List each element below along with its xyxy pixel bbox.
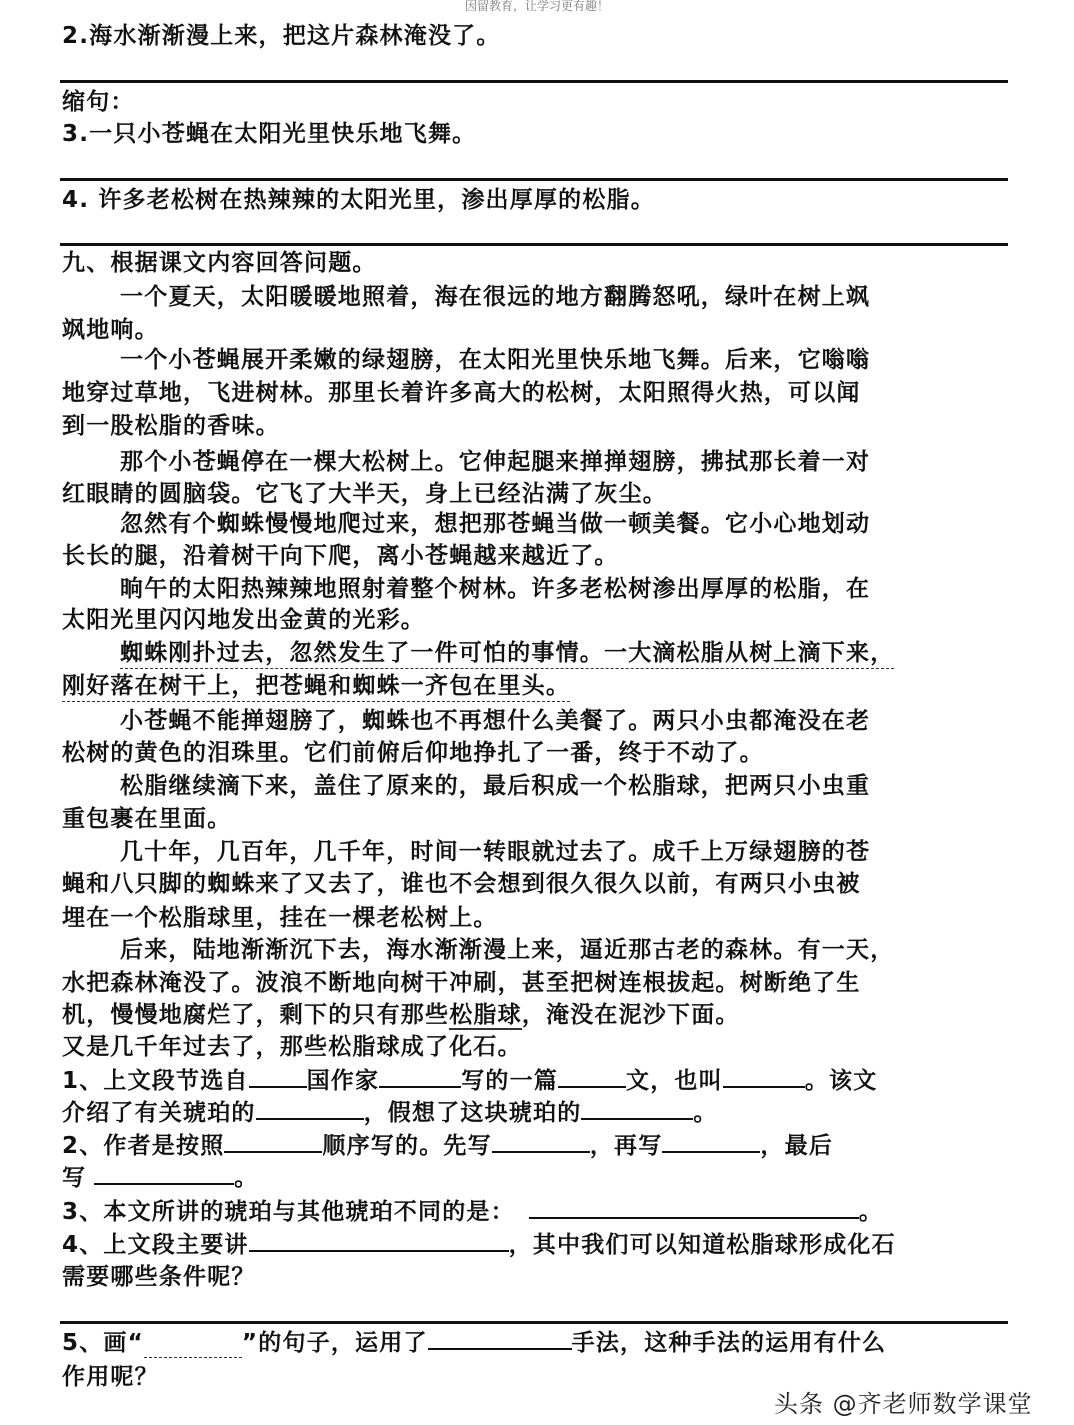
question-2: 2、作者是按照顺序写的。先写，再写，最后: [62, 1129, 833, 1162]
question-1-cont: 介绍了有关琥珀的，假想了这块琥珀的。: [62, 1096, 718, 1129]
answer-blank[interactable]: [249, 1228, 509, 1252]
passage-line: 小苍蝇不能掸翅膀了，蜘蛛也不再想什么美餐了。两只小虫都淹没在老: [120, 705, 870, 737]
passage-line: 埋在一个松脂球里，挂在一棵老松树上。: [62, 902, 498, 934]
passage-line: 又是几千年过去了，那些松脂球成了化石。: [62, 1031, 522, 1063]
answer-blank[interactable]: [529, 1195, 859, 1219]
answer-line: [60, 243, 1008, 246]
passage-line: 红眼睛的圆脑袋。它飞了大半天，身上已经沾满了灰尘。: [62, 478, 667, 510]
exercise-q4: 4. 许多老松树在热辣辣的太阳光里，渗出厚厚的松脂。: [62, 184, 655, 216]
passage-line: 一个夏天，太阳暖暖地照着，海在很远的地方翻腾怒吼，绿叶在树上飒: [120, 281, 870, 313]
answer-blank[interactable]: [94, 1161, 234, 1185]
passage-line: 那个小苍蝇停在一棵大松树上。它伸起腿来掸掸翅膀，拂拭那长着一对: [120, 446, 870, 478]
answer-blank[interactable]: [428, 1326, 572, 1350]
question-2-cont: 写。: [62, 1161, 258, 1194]
passage-line: 太阳光里闪闪地发出金黄的光彩。: [62, 604, 425, 636]
passage-line: 后来，陆地渐渐沉下去，海水渐渐漫上来，逼近那古老的森林。有一天，: [120, 934, 894, 966]
passage-line: 松脂继续滴下来，盖住了原来的，最后积成一个松脂球，把两只小虫重: [120, 770, 870, 802]
answer-blank[interactable]: [256, 1096, 364, 1120]
question-1: 1、上文段节选自国作家写的一篇文，也叫。该文: [62, 1064, 877, 1097]
answer-blank[interactable]: [662, 1129, 760, 1153]
dashed-sample: [144, 1335, 242, 1358]
section-label-condense: 缩句：: [62, 86, 135, 118]
passage-line: 到一股松脂的香味。: [62, 410, 280, 442]
underlined-term: 松脂球: [449, 1002, 522, 1030]
exercise-q2: 2.海水渐渐漫上来，把这片森林淹没了。: [62, 20, 501, 52]
passage-line: 晌午的太阳热辣辣地照射着整个树林。许多老松树渗出厚厚的松脂，在: [120, 573, 870, 605]
answer-blank[interactable]: [379, 1064, 461, 1088]
question-4-cont: 需要哪些条件呢？: [62, 1261, 256, 1293]
passage-line: 机，慢慢地腐烂了，剩下的只有那些松脂球，淹没在泥沙下面。: [62, 999, 740, 1031]
section9-title: 九、根据课文内容回答问题。: [62, 247, 377, 279]
passage-line-dashed-underlined: 蜘蛛刚扑过去，忽然发生了一件可怕的事情。一大滴松脂从树上滴下来，: [120, 638, 894, 669]
passage-line-dashed-underlined: 刚好落在树干上，把苍蝇和蜘蛛一齐包在里头。: [62, 671, 570, 702]
question-5-cont: 作用呢？: [62, 1361, 159, 1393]
exercise-q3: 3.一只小苍蝇在太阳光里快乐地飞舞。: [62, 118, 476, 150]
passage-line: 忽然有个蜘蛛慢慢地爬过来，想把那苍蝇当做一顿美餐。它小心地划动: [120, 508, 870, 540]
answer-blank[interactable]: [723, 1064, 805, 1088]
answer-line: [60, 1321, 1008, 1324]
passage-line: 蝇和八只脚的蜘蛛来了又去了，谁也不会想到很久很久以前，有两只小虫被: [62, 868, 861, 900]
passage-line: 长长的腿，沿着树干向下爬，离小苍蝇越来越近了。: [62, 540, 619, 572]
passage-line: 地穿过草地，飞进树林。那里长着许多高大的松树，太阳照得火热，可以闻: [62, 377, 861, 409]
watermark: 头条 @齐老师数学课堂: [774, 1384, 1033, 1419]
passage-text: ，淹没在泥沙下面。: [522, 1002, 740, 1028]
passage-line: 飒地响。: [62, 314, 159, 346]
passage-line: 几十年，几百年，几千年，时间一转眼就过去了。成千上万绿翅膀的苍: [120, 836, 870, 868]
passage-text: 机，慢慢地腐烂了，剩下的只有那些: [62, 1002, 449, 1028]
question-5: 5、画“”的句子，运用了手法，这种手法的运用有什么: [62, 1326, 886, 1359]
passage-line: 重包裹在里面。: [62, 803, 231, 835]
passage-line: 水把森林淹没了。波浪不断地向树干冲刷，甚至把树连根拔起。树断绝了生: [62, 967, 861, 999]
question-4: 4、上文段主要讲，其中我们可以知道松脂球形成化石: [62, 1228, 896, 1261]
answer-line: [60, 80, 1008, 83]
passage-line: 一个小苍蝇展开柔嫩的绿翅膀，在太阳光里快乐地飞舞。后来，它嗡嗡: [120, 344, 870, 376]
answer-blank[interactable]: [581, 1096, 693, 1120]
answer-blank[interactable]: [249, 1064, 307, 1088]
answer-blank[interactable]: [224, 1129, 322, 1153]
page-header-banner: 因留教育，让学习更有趣！: [0, 0, 1074, 12]
answer-blank[interactable]: [558, 1064, 626, 1088]
question-3: 3、本文所讲的琥珀与其他琥珀不同的是：。: [62, 1195, 883, 1228]
answer-blank[interactable]: [492, 1129, 590, 1153]
passage-line: 松树的黄色的泪珠里。它们前俯后仰地挣扎了一番，终于不动了。: [62, 737, 764, 769]
answer-line: [60, 178, 1008, 181]
